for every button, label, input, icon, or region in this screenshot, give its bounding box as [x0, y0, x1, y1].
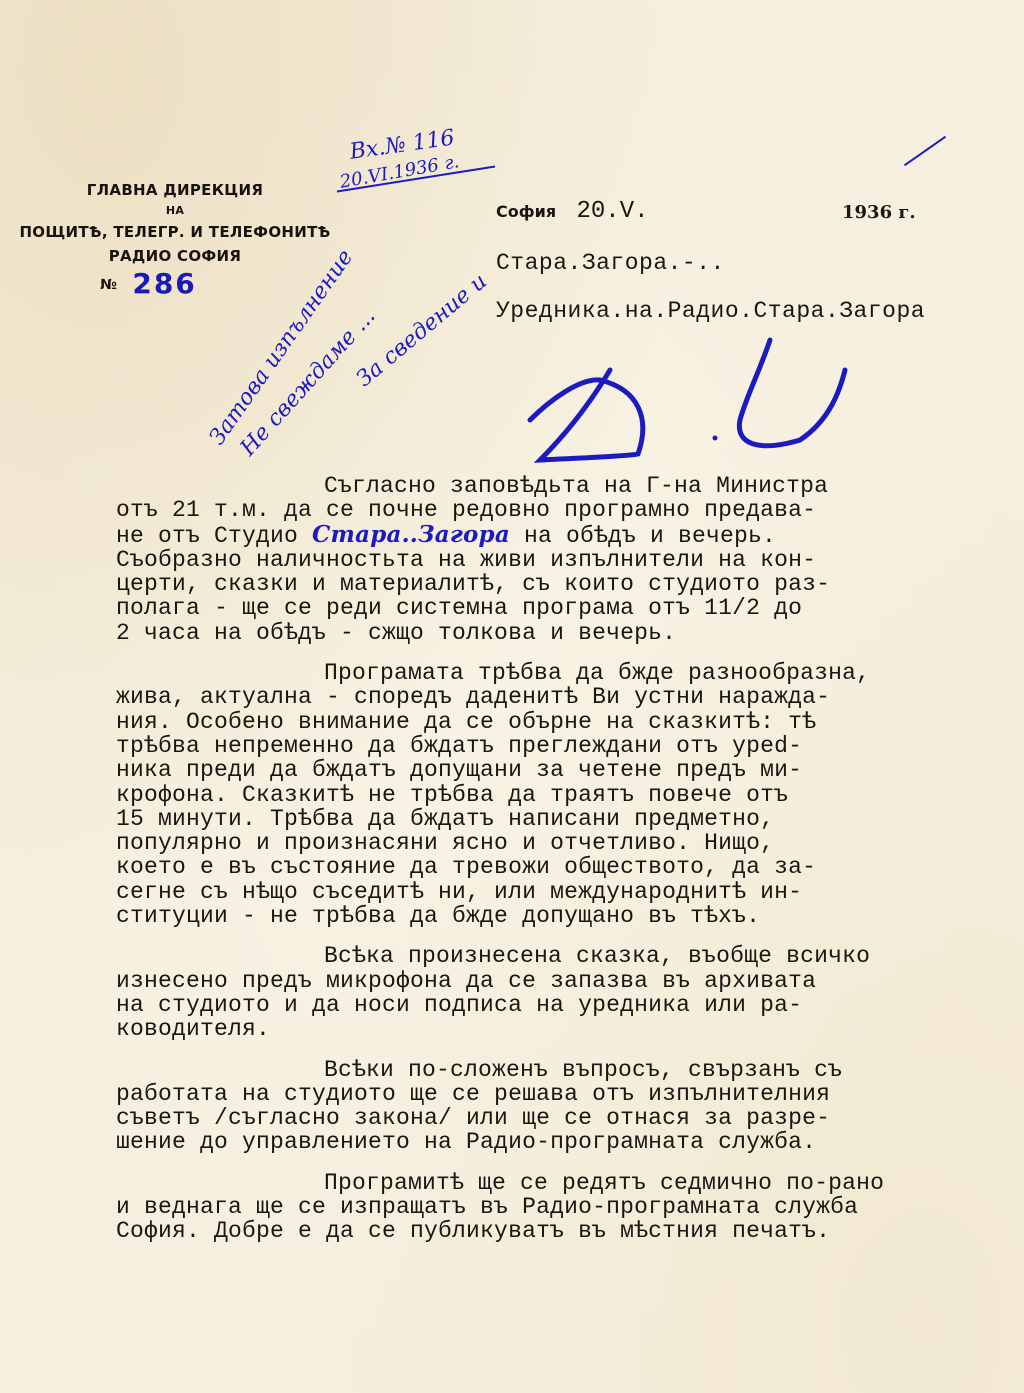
signature-icon	[520, 330, 860, 470]
year: 1936 г.	[842, 202, 916, 223]
text-line: съветъ /съгласно закона/ или ще се отнас…	[116, 1106, 976, 1130]
text-line: ника преди да бждатъ допущани за четене …	[116, 758, 976, 782]
text-line: церти, сказки и материалитѣ, съ които ст…	[116, 572, 976, 596]
text-line: на студиото и да носи подписа на уредник…	[116, 993, 976, 1017]
document-number: № 286	[10, 272, 340, 297]
letterhead-line-3: ПОЩИТѢ, ТЕЛЕГР. И ТЕЛЕФОНИТѢ	[10, 220, 340, 244]
text-line: Програмата трѣбва да бжде разнообразна,	[116, 661, 976, 685]
text-line: сегне съ нѣщо съседитѣ ни, или междунаро…	[116, 880, 976, 904]
text-line: ституции - не трѣбва да бжде допущано въ…	[116, 904, 976, 928]
paragraph-1: Съгласно заповѣдьта на Г-на Министра отъ…	[116, 474, 976, 645]
pen-mark	[904, 136, 946, 166]
text-line: шение до управлението на Радио-програмна…	[116, 1130, 976, 1154]
recipient: Уредника.на.Радио.Стара.Загора	[496, 298, 925, 324]
paragraph-5: Програмитѣ ще се редятъ седмично по-рано…	[116, 1171, 976, 1244]
text-line: което е въ състояние да тревожи общество…	[116, 855, 976, 879]
document-page: ГЛАВНА ДИРЕКЦИЯ НА ПОЩИТѢ, ТЕЛЕГР. И ТЕЛ…	[0, 0, 1024, 1393]
letterhead-line-2: НА	[10, 202, 340, 220]
city: София	[496, 202, 556, 221]
text-line: София. Добре е да се публикуватъ въ мѣст…	[116, 1219, 976, 1243]
dateline: София 20.V. 1936 г.	[496, 198, 1016, 225]
text-line: и веднага ще се изпращатъ въ Радио-прогр…	[116, 1195, 976, 1219]
text-line: 2 часа на обѣдъ - сжщо толкова и вечерь.	[116, 621, 976, 645]
text-line: полага - ще се реди системна програма от…	[116, 596, 976, 620]
text-line: изнесено предъ микрофона да се запазва в…	[116, 969, 976, 993]
number-sign: №	[100, 277, 117, 293]
letter-body: Съгласно заповѣдьта на Г-на Министра отъ…	[116, 474, 976, 1260]
text-line: популярно и произнасяни ясно и отчетливо…	[116, 831, 976, 855]
date: 20.V.	[577, 198, 649, 225]
text-line: Всѣка произнесена сказка, въобще всичко	[116, 944, 976, 968]
handwritten-number: 286	[132, 267, 196, 300]
text-line: Съгласно заповѣдьта на Г-на Министра	[116, 474, 976, 498]
paragraph-4: Всѣки по-сложенъ въпросъ, свързанъ съ ра…	[116, 1058, 976, 1155]
paragraph-2: Програмата трѣбва да бжде разнообразна, …	[116, 661, 976, 928]
handwritten-note-1: За сведение и	[352, 269, 492, 392]
text-line: Всѣки по-сложенъ въпросъ, свързанъ съ	[116, 1058, 976, 1082]
text-line: 15 минути. Трѣбва да бждатъ написани пре…	[116, 807, 976, 831]
recipient-city: Стара.Загора.-..	[496, 250, 725, 276]
text-line: Съобразно наличностьта на живи изпълните…	[116, 548, 976, 572]
text-line: ководителя.	[116, 1017, 976, 1041]
letterhead: ГЛАВНА ДИРЕКЦИЯ НА ПОЩИТѢ, ТЕЛЕГР. И ТЕЛ…	[10, 178, 340, 297]
text-line: ния. Особено внимание да се обърне на ск…	[116, 710, 976, 734]
text-line: Програмитѣ ще се редятъ седмично по-рано	[116, 1171, 976, 1195]
paragraph-3: Всѣка произнесена сказка, въобще всичко …	[116, 944, 976, 1041]
handwritten-insert: Стара..Загора	[312, 521, 510, 548]
letterhead-line-4: РАДИО СОФИЯ	[10, 244, 340, 268]
text-line: не отъ Студио Стара..Загора на обѣдъ и в…	[116, 523, 976, 548]
text-line: трѣбва непременно да бждатъ преглеждани …	[116, 734, 976, 758]
text-line: крофона. Сказкитѣ не трѣбва да траятъ по…	[116, 783, 976, 807]
letterhead-line-1: ГЛАВНА ДИРЕКЦИЯ	[10, 178, 340, 202]
text-line: отъ 21 т.м. да се почне редовно програмн…	[116, 498, 976, 522]
text-line: жива, актуална - споредъ даденитѣ Ви уст…	[116, 685, 976, 709]
text-line: работата на студиото ще се решава отъ из…	[116, 1082, 976, 1106]
